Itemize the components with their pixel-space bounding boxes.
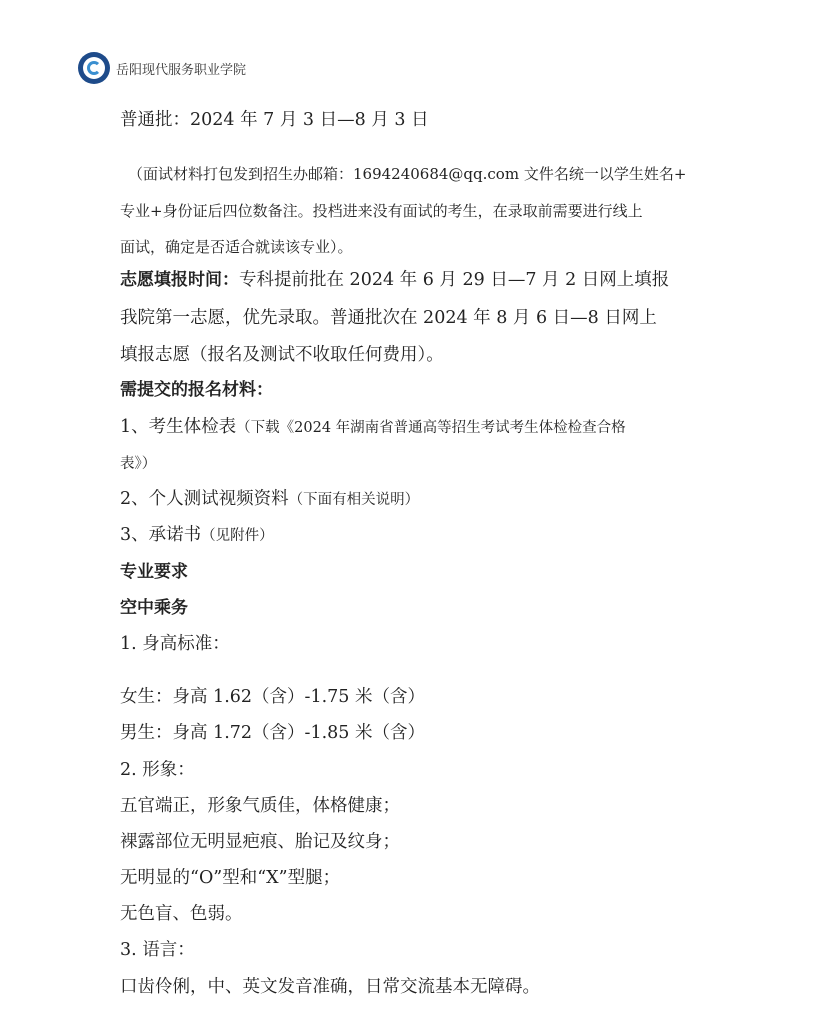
college-logo-icon	[78, 52, 110, 84]
application-time-line-1: 志愿填报时间：专科提前批在 2024 年 6 月 29 日—7 月 2 日网上填…	[120, 268, 669, 292]
page-header: 岳阳现代服务职业学院	[78, 52, 246, 84]
height-title: 1. 身高标准：	[120, 632, 230, 656]
application-time-label: 志愿填报时间：	[120, 270, 239, 290]
appearance-item-4: 无色盲、色弱。	[120, 902, 243, 926]
application-time-text-1: 专科提前批在 2024 年 6 月 29 日—7 月 2 日网上填报	[239, 270, 669, 290]
material-item-2: 2、个人测试视频资料（下面有相关说明）	[120, 487, 419, 512]
material-item-2-main: 2、个人测试视频资料	[120, 489, 289, 509]
application-time-line-2: 我院第一志愿，优先录取。普通批次在 2024 年 8 月 6 日—8 日网上	[120, 306, 657, 330]
language-title: 3. 语言：	[120, 938, 195, 962]
material-item-1-note: （下载《2024 年湖南省普通高等招生考试考生体检检查合格	[236, 420, 626, 436]
college-name: 岳阳现代服务职业学院	[116, 59, 246, 78]
appearance-item-1: 五官端正，形象气质佳，体格健康；	[120, 794, 400, 818]
materials-heading: 需提交的报名材料：	[120, 378, 273, 402]
appearance-item-2: 裸露部位无明显疤痕、胎记及纹身；	[120, 830, 400, 854]
appearance-item-3: 无明显的“O”型和“X”型腿；	[120, 866, 340, 890]
language-text: 口齿伶俐，中、英文发音准确，日常交流基本无障碍。	[120, 975, 540, 999]
material-item-1-main: 1、考生体检表	[120, 417, 236, 437]
material-item-1-note-cont: 表》）	[120, 452, 156, 476]
requirements-heading: 专业要求	[120, 560, 188, 584]
appearance-title: 2. 形象：	[120, 758, 195, 782]
interview-note-line-2: 专业+身份证后四位数备注。投档进来没有面试的考生，在录取前需要进行线上	[120, 199, 643, 223]
interview-note-line-1: （面试材料打包发到招生办邮箱：1694240684@qq.com 文件名统一以学…	[128, 162, 686, 186]
application-time-line-3: 填报志愿（报名及测试不收取任何费用）。	[120, 343, 444, 367]
major-heading: 空中乘务	[120, 596, 188, 620]
material-item-1: 1、考生体检表（下载《2024 年湖南省普通高等招生考试考生体检检查合格	[120, 415, 626, 440]
material-item-3-note: （见附件）	[201, 528, 274, 544]
interview-note-line-3: 面试，确定是否适合就读该专业）。	[120, 235, 353, 259]
height-female: 女生：身高 1.62（含）-1.75 米（含）	[120, 685, 425, 709]
regular-batch-dates: 普通批：2024 年 7 月 3 日—8 月 3 日	[120, 108, 429, 132]
material-item-3-main: 3、承诺书	[120, 525, 201, 545]
material-item-2-note: （下面有相关说明）	[289, 492, 420, 508]
height-male: 男生：身高 1.72（含）-1.85 米（含）	[120, 721, 425, 745]
material-item-3: 3、承诺书（见附件）	[120, 523, 274, 548]
